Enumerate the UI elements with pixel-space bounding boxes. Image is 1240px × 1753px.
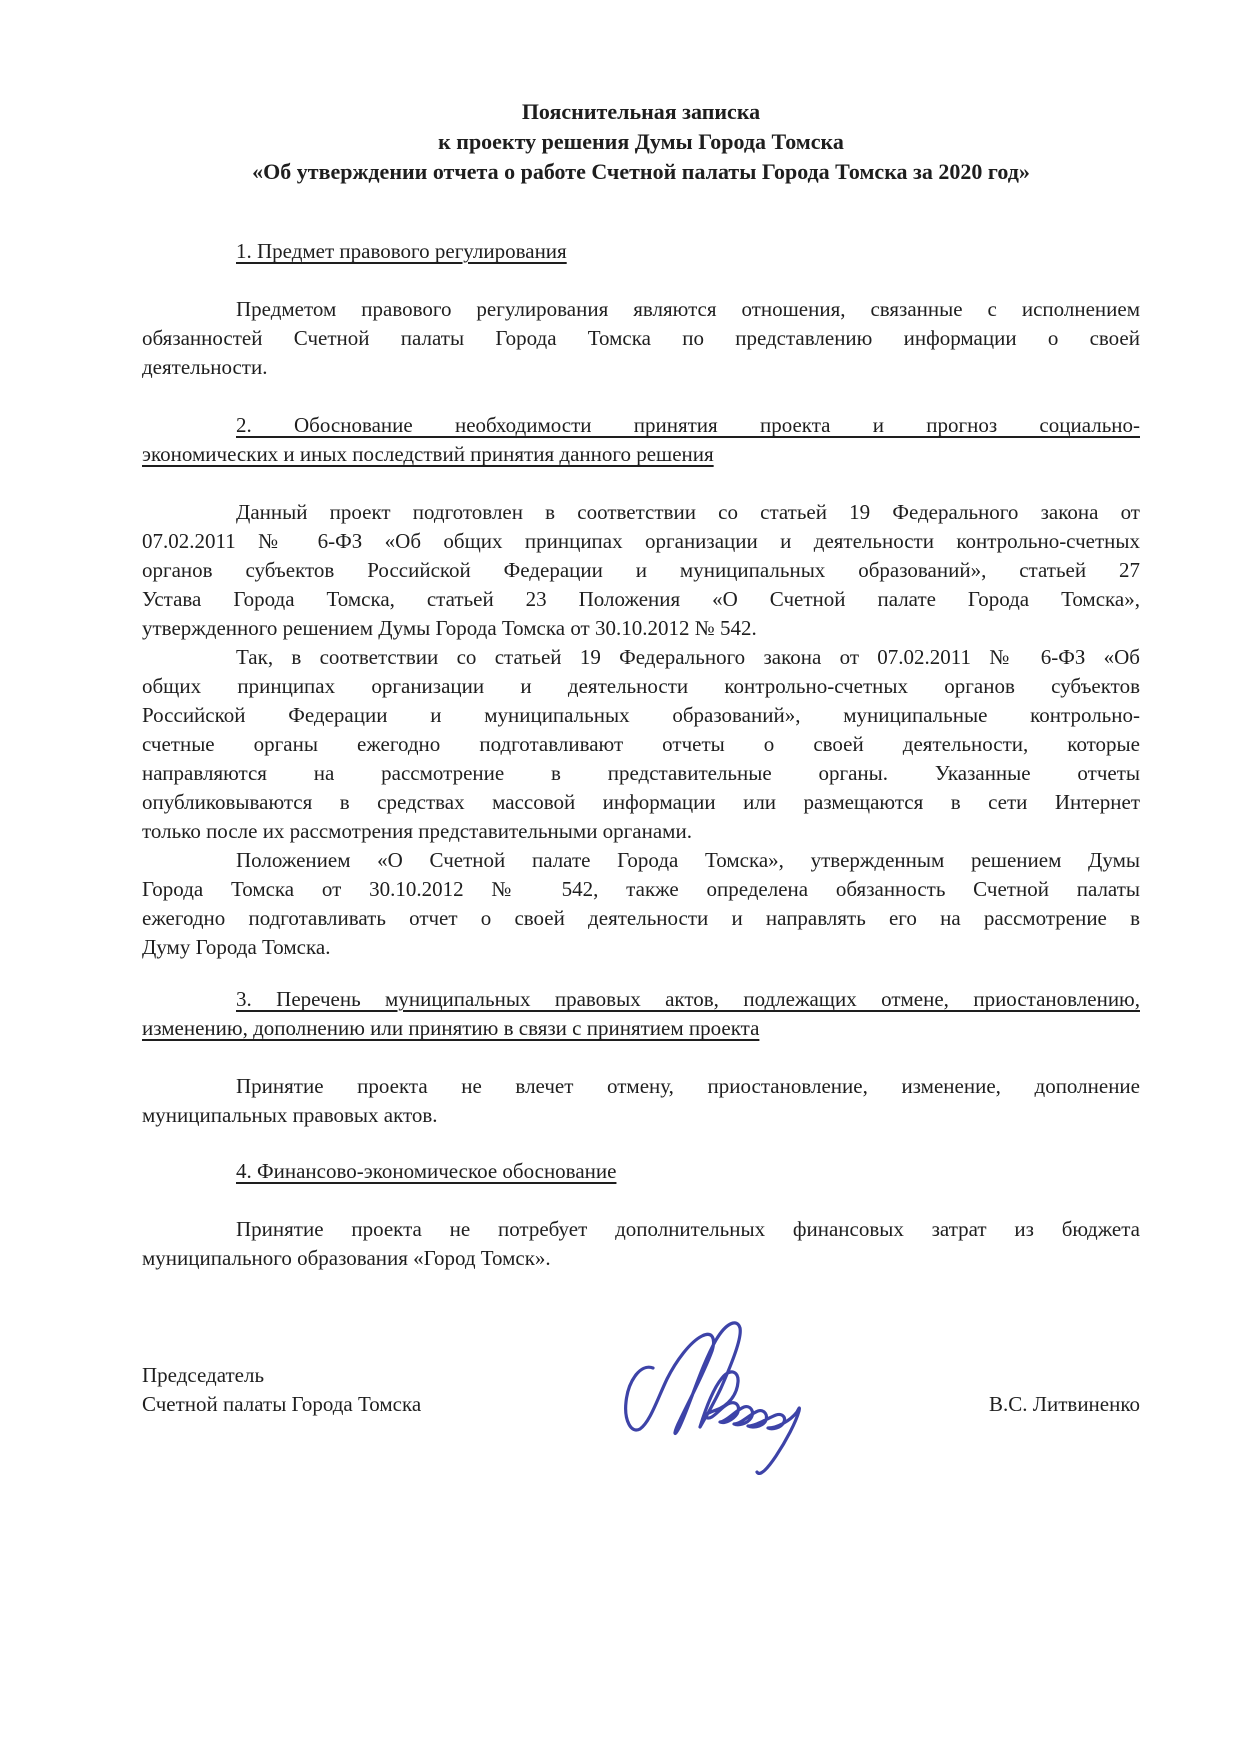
section-3-heading: 3. Перечень муниципальных правовых актов… (142, 985, 1140, 1043)
handwritten-signature-icon (600, 1310, 860, 1490)
paragraph-3-line-6: опубликовываются в средствах массовой ин… (142, 788, 1140, 817)
paragraph-3-line-2: общих принципах организации и деятельнос… (142, 672, 1140, 701)
paragraph-4-line-2: Города Томска от 30.10.2012 № 542, также… (142, 875, 1140, 904)
paragraph-1: Предметом правового регулирования являют… (142, 295, 1140, 382)
section-4-heading: 4. Финансово-экономическое обоснование (142, 1157, 1140, 1186)
signer-position-line-1: Председатель (142, 1361, 421, 1390)
signature-stroke (626, 1323, 800, 1474)
paragraph-5-line-1: Принятие проекта не влечет отмену, приос… (142, 1072, 1140, 1101)
paragraph-3-line-7: только после их рассмотрения представите… (142, 817, 1140, 846)
section-4-heading-line-1: 4. Финансово-экономическое обоснование (142, 1157, 1140, 1186)
section-2-heading-line-1: 2. Обоснование необходимости принятия пр… (142, 411, 1140, 440)
document-body: Пояснительная запискак проекту решения Д… (142, 97, 1140, 1273)
paragraph-1-line-3: деятельности. (142, 353, 1140, 382)
paragraph-5-line-2: муниципальных правовых актов. (142, 1101, 1140, 1130)
paragraph-1-line-2: обязанностей Счетной палаты Города Томск… (142, 324, 1140, 353)
paragraph-3-line-4: счетные органы ежегодно подготавливают о… (142, 730, 1140, 759)
title-line-2: к проекту решения Думы Города Томска (142, 127, 1140, 157)
paragraph-2-line-5: утвержденного решением Думы Города Томск… (142, 614, 1140, 643)
paragraph-6-line-1: Принятие проекта не потребует дополнител… (142, 1215, 1140, 1244)
title-line-3: «Об утверждении отчета о работе Счетной … (142, 157, 1140, 187)
section-3-heading-line-1: 3. Перечень муниципальных правовых актов… (142, 985, 1140, 1014)
title-line-1: Пояснительная записка (142, 97, 1140, 127)
paragraph-2-line-4: Устава Города Томска, статьей 23 Положен… (142, 585, 1140, 614)
signer-position-line-2: Счетной палаты Города Томска (142, 1390, 421, 1419)
paragraph-2: Данный проект подготовлен в соответствии… (142, 498, 1140, 643)
paragraph-6: Принятие проекта не потребует дополнител… (142, 1215, 1140, 1273)
section-2-heading: 2. Обоснование необходимости принятия пр… (142, 411, 1140, 469)
paragraph-2-line-3: органов субъектов Российской Федерации и… (142, 556, 1140, 585)
paragraph-3-line-3: Российской Федерации и муниципальных обр… (142, 701, 1140, 730)
paragraph-6-line-2: муниципального образования «Город Томск»… (142, 1244, 1140, 1273)
signature-block: Председатель Счетной палаты Города Томск… (142, 1361, 1140, 1481)
section-1-heading: 1. Предмет правового регулирования (142, 237, 1140, 266)
paragraph-4: Положением «О Счетной палате Города Томс… (142, 846, 1140, 962)
paragraph-3-line-1: Так, в соответствии со статьей 19 Федера… (142, 643, 1140, 672)
paragraph-5: Принятие проекта не влечет отмену, приос… (142, 1072, 1140, 1130)
section-1-heading-line-1: 1. Предмет правового регулирования (142, 237, 1140, 266)
section-2-heading-line-2: экономических и иных последствий приняти… (142, 440, 1140, 469)
paragraph-2-line-1: Данный проект подготовлен в соответствии… (142, 498, 1140, 527)
paragraph-2-line-2: 07.02.2011 № 6-ФЗ «Об общих принципах ор… (142, 527, 1140, 556)
paragraph-3: Так, в соответствии со статьей 19 Федера… (142, 643, 1140, 846)
signer-name: В.С. Литвиненко (989, 1390, 1140, 1419)
section-3-heading-line-2: изменению, дополнению или принятию в свя… (142, 1014, 1140, 1043)
paragraph-4-line-1: Положением «О Счетной палате Города Томс… (142, 846, 1140, 875)
paragraph-4-line-4: Думу Города Томска. (142, 933, 1140, 962)
document-page: Пояснительная запискак проекту решения Д… (142, 0, 1140, 1481)
signer-position: Председатель Счетной палаты Города Томск… (142, 1361, 421, 1419)
title: Пояснительная запискак проекту решения Д… (142, 97, 1140, 187)
paragraph-4-line-3: ежегодно подготавливать отчет о своей де… (142, 904, 1140, 933)
paragraph-1-line-1: Предметом правового регулирования являют… (142, 295, 1140, 324)
paragraph-3-line-5: направляются на рассмотрение в представи… (142, 759, 1140, 788)
